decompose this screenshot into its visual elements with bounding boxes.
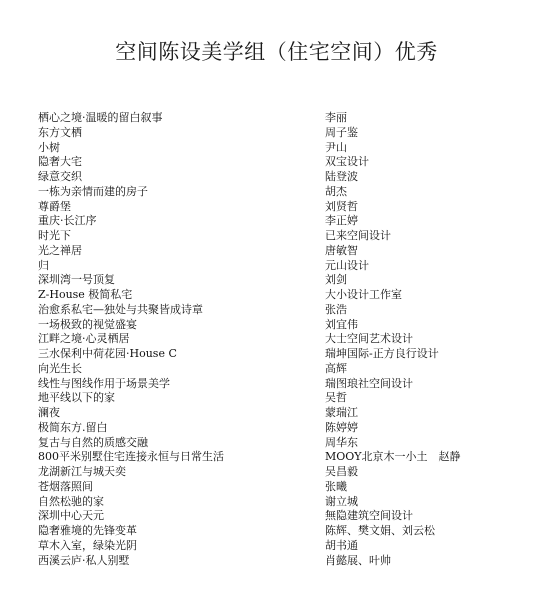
list-item: 时光下已来空间设计 (38, 229, 518, 244)
work-title: 江畔之境·心灵栖居 (38, 332, 325, 347)
designer-name: 刘贤哲 (325, 200, 518, 215)
list-item: 隐奢雅境的先锋变革陈辉、樊文娟、刘云松 (38, 524, 518, 539)
work-title: 归 (38, 259, 325, 274)
list-item: 澜夜蒙瑞江 (38, 406, 518, 421)
list-item: 东方文栖周子鉴 (38, 126, 518, 141)
designer-name: 李正婷 (325, 214, 518, 229)
designer-name: 無隐建筑空间设计 (325, 509, 518, 524)
work-title: 时光下 (38, 229, 325, 244)
list-item: 栖心之境·温暖的留白叙事李丽 (38, 111, 518, 126)
work-title: 西溪云庐·私人别墅 (38, 554, 325, 569)
page-title: 空间陈设美学组（住宅空间）优秀 (0, 36, 553, 66)
work-title: 隐奢雅境的先锋变革 (38, 524, 325, 539)
designer-name: 瑞图琅社空间设计 (325, 377, 518, 392)
list-item: 归元山设计 (38, 259, 518, 274)
list-item: 深圳中心天元無隐建筑空间设计 (38, 509, 518, 524)
work-title: 极简东方.留白 (38, 421, 325, 436)
designer-name: 肖懿展、叶帅 (325, 554, 518, 569)
list-item: 尊爵堡刘贤哲 (38, 200, 518, 215)
list-item: 光之禅居唐敏智 (38, 244, 518, 259)
list-item: 重庆·长江序李正婷 (38, 214, 518, 229)
work-title: 治愈系私宅—独处与共聚皆成诗章 (38, 303, 325, 318)
designer-name: 已来空间设计 (325, 229, 518, 244)
work-title: 复古与自然的质感交融 (38, 436, 325, 451)
list-item: 800平米别墅住宅连接永恒与日常生活MOOY北京木一小土 赵静 (38, 450, 518, 465)
work-title: 一栋为亲情而建的房子 (38, 185, 325, 200)
designer-name: 大士空间艺术设计 (325, 332, 518, 347)
designer-name: 刘剑 (325, 273, 518, 288)
work-title: 自然松驰的家 (38, 495, 325, 510)
designer-name: 张浩 (325, 303, 518, 318)
award-list: 栖心之境·温暖的留白叙事李丽东方文栖周子鉴小树尹山隐奢大宅双宝设计绿意交织陆登波… (38, 111, 518, 568)
list-item: 隐奢大宅双宝设计 (38, 155, 518, 170)
list-item: 极简东方.留白陈婷婷 (38, 421, 518, 436)
list-item: 复古与自然的质感交融周华东 (38, 436, 518, 451)
work-title: 深圳中心天元 (38, 509, 325, 524)
list-item: 深圳湾一号顶复刘剑 (38, 273, 518, 288)
designer-name: 瑞坤国际-正方良行设计 (325, 347, 518, 362)
designer-name: MOOY北京木一小土 赵静 (325, 450, 518, 465)
list-item: 自然松驰的家谢立城 (38, 495, 518, 510)
list-item: 线性与图线作用于场景美学瑞图琅社空间设计 (38, 377, 518, 392)
designer-name: 双宝设计 (325, 155, 518, 170)
work-title: 向光生长 (38, 362, 325, 377)
list-item: 一场极致的视觉盛宴刘宜伟 (38, 318, 518, 333)
work-title: 草木入室，绿染光阴 (38, 539, 325, 554)
designer-name: 陆登波 (325, 170, 518, 185)
work-title: 尊爵堡 (38, 200, 325, 215)
list-item: 三水保利中荷花园·House C瑞坤国际-正方良行设计 (38, 347, 518, 362)
designer-name: 谢立城 (325, 495, 518, 510)
work-title: 重庆·长江序 (38, 214, 325, 229)
work-title: 深圳湾一号顶复 (38, 273, 325, 288)
work-title: 小树 (38, 141, 325, 156)
work-title: 澜夜 (38, 406, 325, 421)
designer-name: 胡书通 (325, 539, 518, 554)
list-item: 江畔之境·心灵栖居大士空间艺术设计 (38, 332, 518, 347)
work-title: 隐奢大宅 (38, 155, 325, 170)
designer-name: 大小设计工作室 (325, 288, 518, 303)
work-title: 苍烟落照间 (38, 480, 325, 495)
work-title: 绿意交织 (38, 170, 325, 185)
designer-name: 周华东 (325, 436, 518, 451)
designer-name: 胡杰 (325, 185, 518, 200)
list-item: 草木入室，绿染光阴胡书通 (38, 539, 518, 554)
designer-name: 尹山 (325, 141, 518, 156)
list-item: 治愈系私宅—独处与共聚皆成诗章张浩 (38, 303, 518, 318)
list-item: 地平线以下的家吴哲 (38, 391, 518, 406)
work-title: 光之禅居 (38, 244, 325, 259)
designer-name: 陈辉、樊文娟、刘云松 (325, 524, 518, 539)
designer-name: 蒙瑞江 (325, 406, 518, 421)
designer-name: 刘宜伟 (325, 318, 518, 333)
work-title: 线性与图线作用于场景美学 (38, 377, 325, 392)
work-title: 栖心之境·温暖的留白叙事 (38, 111, 325, 126)
designer-name: 李丽 (325, 111, 518, 126)
designer-name: 张曦 (325, 480, 518, 495)
designer-name: 吴昌毅 (325, 465, 518, 480)
list-item: 苍烟落照间张曦 (38, 480, 518, 495)
designer-name: 唐敏智 (325, 244, 518, 259)
designer-name: 高辉 (325, 362, 518, 377)
list-item: 龙湖新江与城天奕吴昌毅 (38, 465, 518, 480)
work-title: 800平米别墅住宅连接永恒与日常生活 (38, 450, 325, 465)
designer-name: 周子鉴 (325, 126, 518, 141)
list-item: 向光生长高辉 (38, 362, 518, 377)
list-item: Z-House 极简私宅大小设计工作室 (38, 288, 518, 303)
work-title: 三水保利中荷花园·House C (38, 347, 325, 362)
work-title: 龙湖新江与城天奕 (38, 465, 325, 480)
work-title: Z-House 极简私宅 (38, 288, 325, 303)
list-item: 一栋为亲情而建的房子胡杰 (38, 185, 518, 200)
designer-name: 元山设计 (325, 259, 518, 274)
designer-name: 陈婷婷 (325, 421, 518, 436)
designer-name: 吴哲 (325, 391, 518, 406)
list-item: 绿意交织陆登波 (38, 170, 518, 185)
list-item: 小树尹山 (38, 141, 518, 156)
work-title: 地平线以下的家 (38, 391, 325, 406)
work-title: 一场极致的视觉盛宴 (38, 318, 325, 333)
work-title: 东方文栖 (38, 126, 325, 141)
list-item: 西溪云庐·私人别墅肖懿展、叶帅 (38, 554, 518, 569)
